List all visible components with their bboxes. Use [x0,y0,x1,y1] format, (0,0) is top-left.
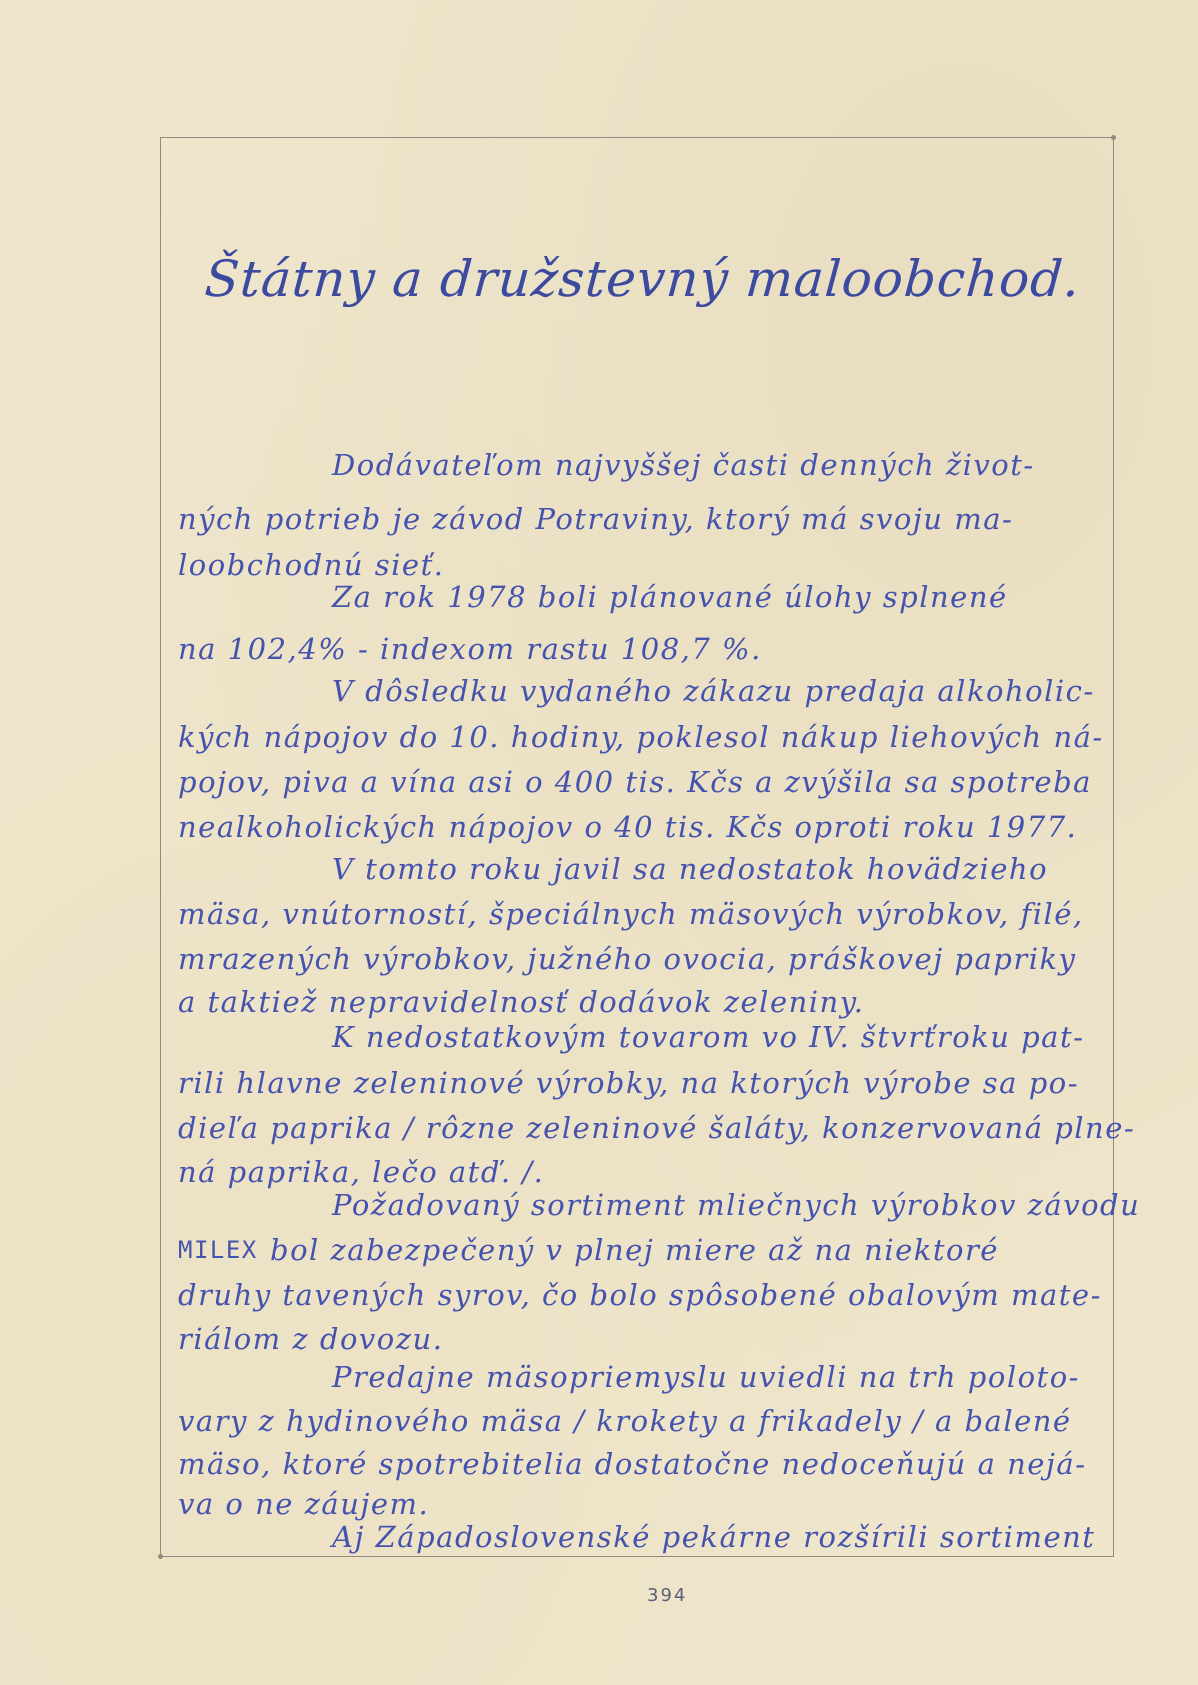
text-line: Predajne mäsopriemyslu uviedli na trh po… [332,1360,1080,1394]
text-line: ných potrieb je závod Potraviny, ktorý m… [178,502,1013,536]
document-title: Štátny a družstevný maloobchod. [203,250,1082,308]
text-line: rili hlavne zeleninové výrobky, na ktorý… [178,1066,1079,1100]
text-line: druhy tavených syrov, čo bolo spôsobené … [178,1278,1102,1312]
text-line: ná paprika, lečo atď. /. [178,1155,544,1189]
text-line: va o ne záujem. [178,1487,429,1521]
text-line: Aj Západoslovenské pekárne rozšírili sor… [332,1520,1095,1554]
company-name-milex: MILEX [178,1236,258,1264]
text-line: a taktiež nepravidelnosť dodávok zelenin… [178,985,865,1019]
text-line: bol zabezpečený v plnej miere až na niek… [270,1233,999,1267]
text-line: riálom z dovozu. [178,1322,443,1356]
text-line: Požadovaný sortiment mliečnych výrobkov … [332,1188,1140,1222]
text-line: mäso, ktoré spotrebitelia dostatočne ned… [178,1447,1087,1481]
text-line: pojov, piva a vína asi o 400 tis. Kčs a … [178,765,1092,799]
text-line: V dôsledku vydaného zákazu predaja alkoh… [332,674,1095,708]
text-line: loobchodnú sieť. [178,548,444,582]
text-line: Dodávateľom najvyššej časti denných živo… [332,448,1035,482]
text-line: K nedostatkovým tovarom vo IV. štvrťroku… [332,1020,1084,1054]
text-line: Za rok 1978 boli plánované úlohy splnené [332,580,1008,614]
text-line: nealkoholických nápojov o 40 tis. Kčs op… [178,810,1077,844]
page-number: 394 [647,1585,687,1606]
frame-corner-mark [158,1554,163,1559]
text-line: dieľa paprika / rôzne zeleninové šaláty,… [178,1111,1135,1145]
text-line: V tomto roku javil sa nedostatok hovädzi… [332,852,1048,886]
text-line: na 102,4% - indexom rastu 108,7 %. [178,632,762,666]
text-line: kých nápojov do 10. hodiny, poklesol nák… [178,720,1104,754]
text-line: mrazených výrobkov, južného ovocia, práš… [178,942,1076,976]
frame-corner-mark [1111,135,1116,140]
text-line: mäsa, vnútorností, špeciálnych mäsových … [178,897,1084,931]
text-line: vary z hydinového mäsa / krokety a frika… [178,1404,1072,1438]
